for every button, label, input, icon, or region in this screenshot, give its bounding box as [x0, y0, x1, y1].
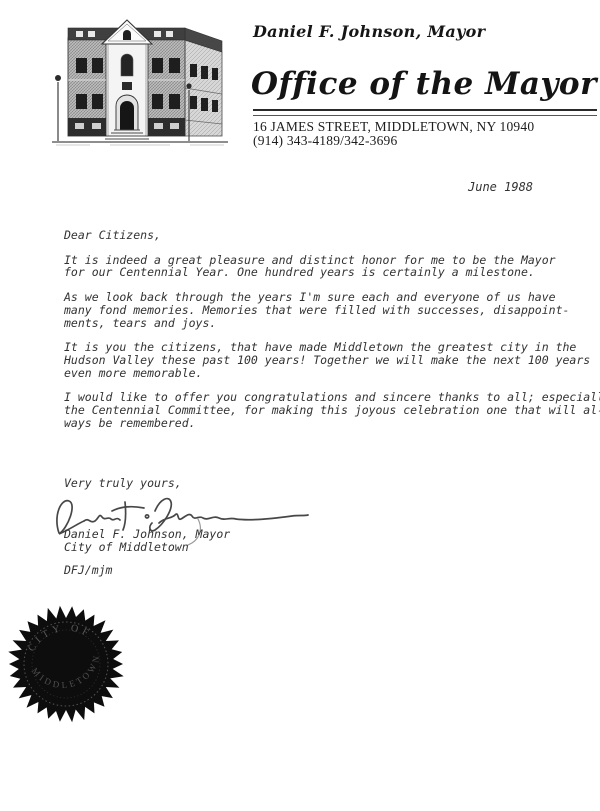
paragraphs: It is indeed a great pleasure and distin…	[64, 254, 600, 430]
letter-page: Daniel F. Johnson, Mayor Office of the M…	[0, 0, 600, 811]
paragraph: I would like to offer you congratulation…	[64, 391, 600, 429]
letter-date: June 1988	[468, 180, 533, 194]
reference-initials: DFJ/mjm	[64, 563, 112, 577]
city-hall-illustration	[50, 14, 232, 152]
letterhead-title: Office of the Mayor	[251, 66, 597, 102]
paragraph: As we look back through the years I'm su…	[64, 291, 600, 329]
letterhead-phone: (914) 343-4189/342-3696	[253, 133, 397, 149]
salutation: Dear Citizens,	[64, 229, 600, 242]
typed-signer-org: City of Middletown	[64, 540, 189, 554]
typed-signer-name: Daniel F. Johnson, Mayor	[64, 527, 230, 541]
closing-line: Very truly yours,	[64, 476, 182, 490]
city-seal: CITY OF MIDDLETOWN	[5, 603, 127, 725]
paragraph: It is indeed a great pleasure and distin…	[64, 254, 600, 279]
letter-body: Dear Citizens, It is indeed a great plea…	[64, 229, 600, 441]
paragraph: It is you the citizens, that have made M…	[64, 341, 600, 379]
letterhead-divider-rule	[253, 109, 597, 116]
letterhead-mayor-line: Daniel F. Johnson, Mayor	[253, 22, 485, 41]
